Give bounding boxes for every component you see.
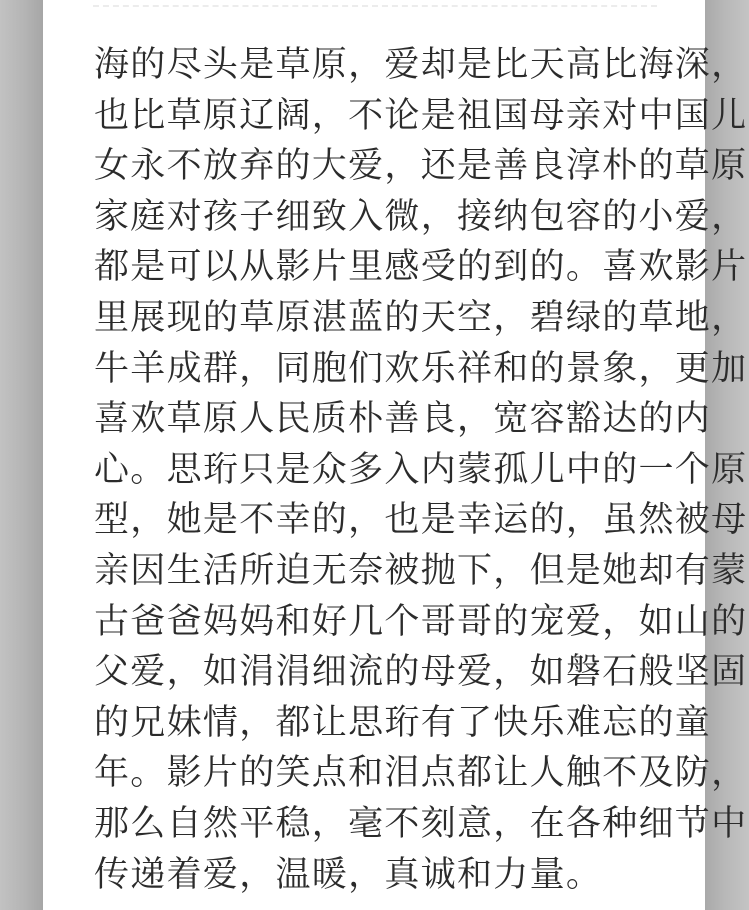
text-line: 女永不放弃的大爱，还是善良淳朴的草原 xyxy=(94,141,674,192)
text-line: 那么自然平稳，毫不刻意，在各种细节中 xyxy=(94,799,674,850)
text-line: 海的尽头是草原，爱却是比天高比海深， xyxy=(94,40,674,91)
text-line: 亲因生活所迫无奈被抛下，但是她却有蒙 xyxy=(94,546,674,597)
text-line: 牛羊成群，同胞们欢乐祥和的景象，更加 xyxy=(94,344,674,395)
text-line: 里展现的草原湛蓝的天空，碧绿的草地， xyxy=(94,293,674,344)
article-body: 海的尽头是草原，爱却是比天高比海深， 也比草原辽阔，不论是祖国母亲对中国儿 女永… xyxy=(94,40,674,900)
text-line: 家庭对孩子细致入微，接纳包容的小爱， xyxy=(94,192,674,243)
text-line: 的兄妹情，都让思珩有了快乐难忘的童 xyxy=(94,698,674,749)
text-line: 喜欢草原人民质朴善良，宽容豁达的内 xyxy=(94,394,674,445)
text-line: 古爸爸妈妈和好几个哥哥的宠爱，如山的 xyxy=(94,597,674,648)
text-line: 也比草原辽阔，不论是祖国母亲对中国儿 xyxy=(94,91,674,142)
text-line: 型，她是不幸的，也是幸运的，虽然被母 xyxy=(94,495,674,546)
text-line: 传递着爱，温暖，真诚和力量。 xyxy=(94,850,674,901)
text-line: 父爱，如涓涓细流的母爱，如磐石般坚固 xyxy=(94,647,674,698)
text-line: 都是可以从影片里感受的到的。喜欢影片 xyxy=(94,242,674,293)
dashed-divider xyxy=(93,5,657,7)
article-panel: 海的尽头是草原，爱却是比天高比海深， 也比草原辽阔，不论是祖国母亲对中国儿 女永… xyxy=(43,0,705,910)
text-line: 年。影片的笑点和泪点都让人触不及防， xyxy=(94,748,674,799)
text-line: 心。思珩只是众多入内蒙孤儿中的一个原 xyxy=(94,445,674,496)
